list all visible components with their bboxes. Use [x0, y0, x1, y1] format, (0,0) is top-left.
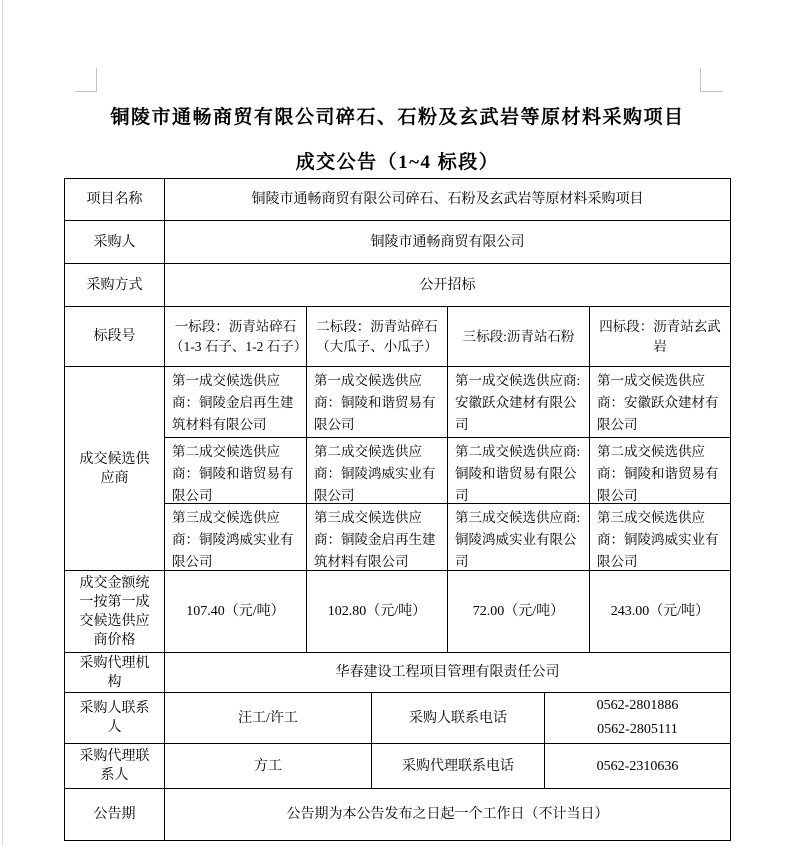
- purchaser-value: 铜陵市通畅商贸有限公司: [165, 221, 731, 264]
- award-price-label: 成交金额统一按第一成交候选供应商价格: [65, 571, 165, 653]
- procurement-method-label: 采购方式: [65, 264, 165, 307]
- candidate-rank1-section4: 第一成交候选供应商：安徽跃众建材有限公司: [590, 367, 731, 438]
- purchaser-contact-phone-list: 0562-2801886 0562-2805111: [597, 694, 679, 742]
- award-price-section2: 102.80（元/吨）: [307, 571, 448, 653]
- candidate-rank2-section2: 第二成交候选供应商：铜陵鸿威实业有限公司: [307, 438, 448, 504]
- procurement-agency-value: 华春建设工程项目管理有限责任公司: [165, 653, 731, 693]
- candidate-rank1-section1: 第一成交候选供应商：铜陵金启再生建筑材料有限公司: [165, 367, 307, 438]
- award-price-section3: 72.00（元/吨）: [448, 571, 590, 653]
- document-page: { "doc": { "title_line1": "铜陵市通畅商贸有限公司碎石…: [0, 0, 795, 846]
- candidate-rank3-row: 第三成交候选供应商：铜陵鸿威实业有限公司 第三成交候选供应商：铜陵金启再生建筑材…: [165, 504, 731, 571]
- award-price-section1: 107.40（元/吨）: [165, 571, 307, 653]
- candidate-rank2-section3: 第二成交候选供应商:铜陵和谐贸易有限公司: [448, 438, 590, 504]
- row-project-name: 项目名称 铜陵市通畅商贸有限公司碎石、石粉及玄武岩等原材料采购项目: [65, 179, 731, 221]
- announcement-table: 项目名称 铜陵市通畅商贸有限公司碎石、石粉及玄武岩等原材料采购项目 采购人 铜陵…: [64, 178, 731, 841]
- award-price-section4: 243.00（元/吨）: [590, 571, 731, 653]
- row-procurement-method: 采购方式 公开招标: [65, 264, 731, 307]
- candidate-rank2-section4: 第二成交候选供应商：铜陵和谐贸易有限公司: [590, 438, 731, 504]
- candidate-rank3-section2: 第三成交候选供应商：铜陵金启再生建筑材料有限公司: [307, 504, 448, 571]
- candidate-rank2-row: 第二成交候选供应商：铜陵和谐贸易有限公司 第二成交候选供应商：铜陵鸿威实业有限公…: [165, 438, 731, 504]
- row-section-numbers: 标段号 一标段：沥青站碎石（1-3 石子、1-2 石子） 二标段：沥青站碎石（大…: [65, 307, 731, 367]
- candidate-rank1-row: 第一成交候选供应商：铜陵金启再生建筑材料有限公司 第一成交候选供应商：铜陵和谐贸…: [165, 367, 731, 438]
- document-title-line1: 铜陵市通畅商贸有限公司碎石、石粉及玄武岩等原材料采购项目: [0, 102, 795, 129]
- project-name-value: 铜陵市通畅商贸有限公司碎石、石粉及玄武岩等原材料采购项目: [165, 179, 731, 221]
- project-name-label: 项目名称: [65, 179, 165, 221]
- candidate-suppliers-grid: 第一成交候选供应商：铜陵金启再生建筑材料有限公司 第一成交候选供应商：铜陵和谐贸…: [165, 367, 731, 571]
- agency-contact-phone-label: 采购代理联系电话: [372, 744, 545, 789]
- row-candidate-suppliers: 成交候选供应商 第一成交候选供应商：铜陵金启再生建筑材料有限公司 第一成交候选供…: [65, 367, 731, 571]
- section-numbers-label: 标段号: [65, 307, 165, 367]
- notice-period-label: 公告期: [65, 789, 165, 841]
- section-1: 一标段：沥青站碎石（1-3 石子、1-2 石子）: [165, 307, 307, 367]
- procurement-agency-label: 采购代理机构: [65, 653, 165, 693]
- margin-crop-mark-top-left: [75, 68, 97, 92]
- procurement-method-value: 公开招标: [165, 264, 731, 307]
- agency-contact-label: 采购代理联系人: [65, 744, 165, 789]
- purchaser-contact-phone-label: 采购人联系电话: [372, 693, 545, 744]
- section-4: 四标段：沥青站玄武岩: [590, 307, 731, 367]
- section-2: 二标段：沥青站碎石（大瓜子、小瓜子）: [307, 307, 448, 367]
- candidate-rank1-section2: 第一成交候选供应商：铜陵和谐贸易有限公司: [307, 367, 448, 438]
- agency-contact-name: 方工: [165, 744, 372, 789]
- row-notice-period: 公告期 公告期为本公告发布之日起一个工作日（不计当日）: [65, 789, 731, 841]
- section-3: 三标段:沥青站石粉: [448, 307, 590, 367]
- candidate-suppliers-label: 成交候选供应商: [65, 367, 165, 571]
- row-agency-contact: 采购代理联系人 方工 采购代理联系电话 0562-2310636: [65, 744, 731, 789]
- candidate-rank1-section3: 第一成交候选供应商:安徽跃众建材有限公司: [448, 367, 590, 438]
- document-title-line2: 成交公告（1~4 标段）: [0, 147, 795, 174]
- purchaser-contact-phone-1: 0562-2801886: [597, 694, 679, 718]
- row-procurement-agency: 采购代理机构 华春建设工程项目管理有限责任公司: [65, 653, 731, 693]
- row-purchaser: 采购人 铜陵市通畅商贸有限公司: [65, 221, 731, 264]
- agency-contact-phone: 0562-2310636: [545, 744, 731, 789]
- purchaser-contact-label: 采购人联系人: [65, 693, 165, 744]
- candidate-rank3-section1: 第三成交候选供应商：铜陵鸿威实业有限公司: [165, 504, 307, 571]
- purchaser-contact-phone-2: 0562-2805111: [597, 718, 679, 742]
- notice-period-value: 公告期为本公告发布之日起一个工作日（不计当日）: [165, 789, 731, 841]
- margin-crop-mark-top-right: [700, 68, 722, 92]
- row-award-price: 成交金额统一按第一成交候选供应商价格 107.40（元/吨） 102.80（元/…: [65, 571, 731, 653]
- purchaser-label: 采购人: [65, 221, 165, 264]
- purchaser-contact-phone: 0562-2801886 0562-2805111: [545, 693, 731, 744]
- candidate-rank3-section4: 第三成交候选供应商：铜陵鸿威实业有限公司: [590, 504, 731, 571]
- candidate-rank3-section3: 第三成交候选供应商:铜陵鸿威实业有限公司: [448, 504, 590, 571]
- purchaser-contact-name: 汪工/许工: [165, 693, 372, 744]
- candidate-rank2-section1: 第二成交候选供应商：铜陵和谐贸易有限公司: [165, 438, 307, 504]
- row-purchaser-contact: 采购人联系人 汪工/许工 采购人联系电话 0562-2801886 0562-2…: [65, 693, 731, 744]
